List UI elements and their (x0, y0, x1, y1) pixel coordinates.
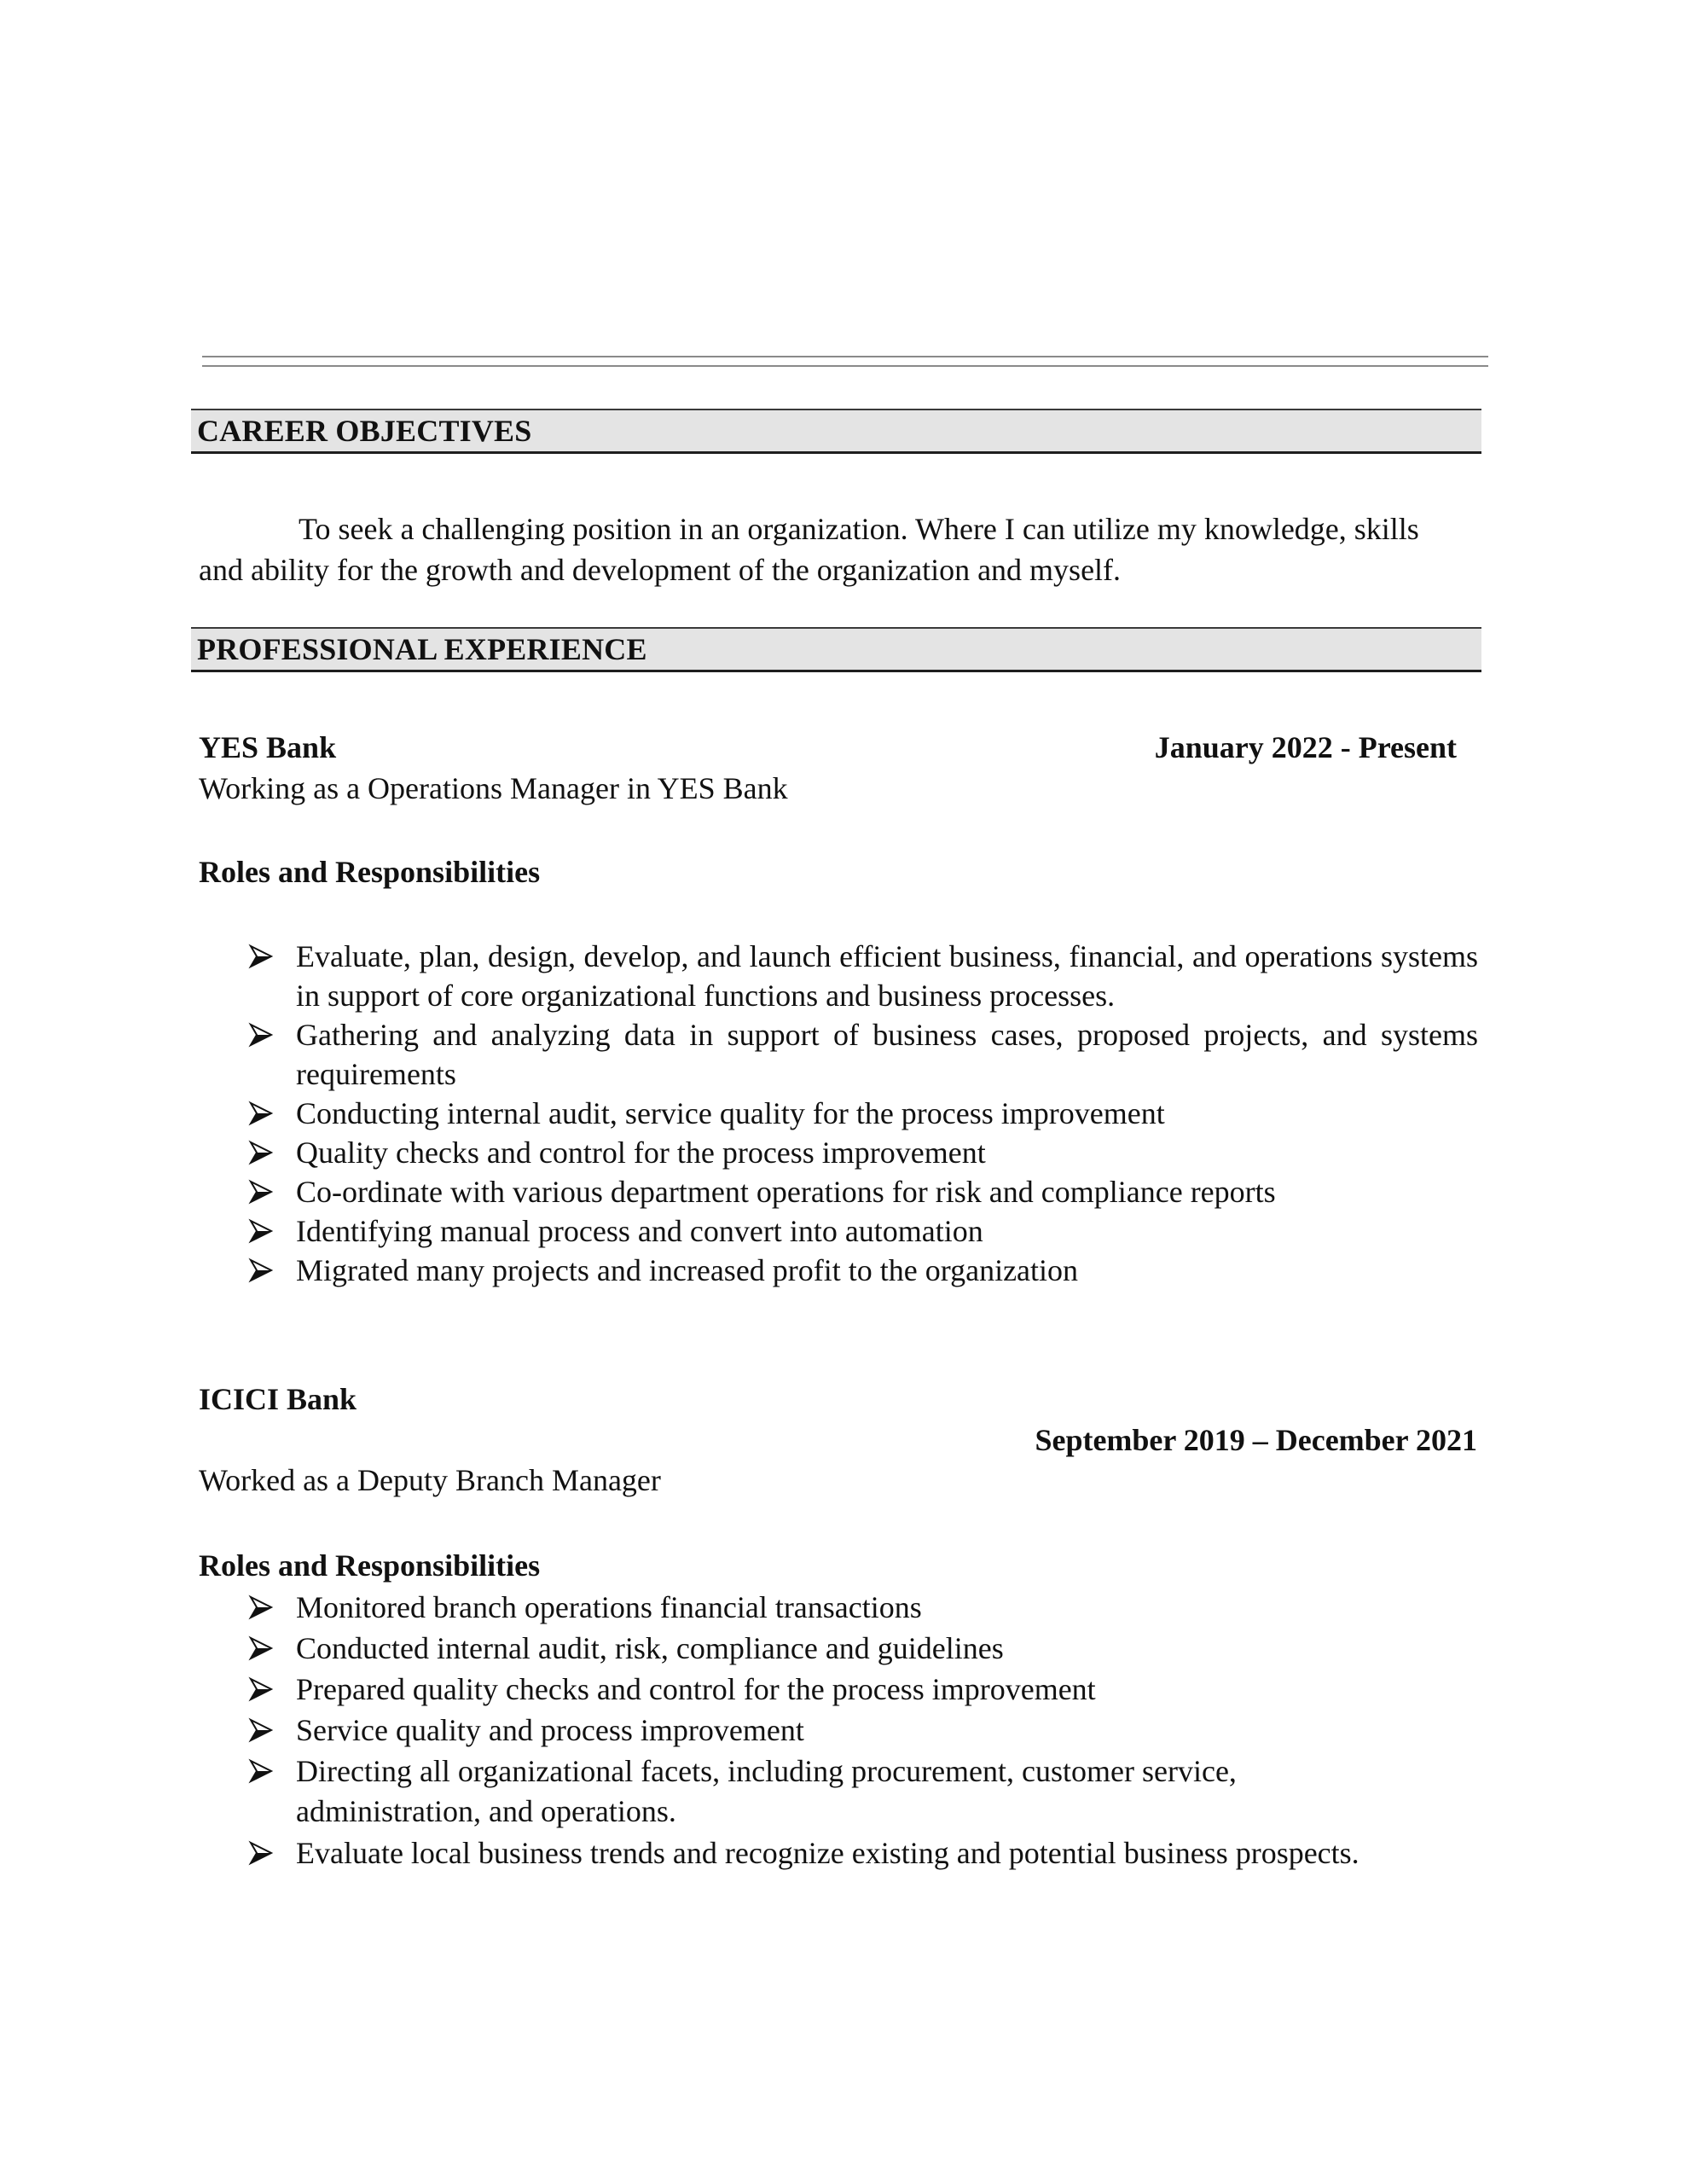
company-name: ICICI Bank (199, 1381, 357, 1417)
section-header-professional-experience: PROFESSIONAL EXPERIENCE (191, 627, 1481, 672)
job-role-line: Worked as a Deputy Branch Manager (199, 1462, 661, 1498)
list-item-text: Conducted internal audit, risk, complian… (296, 1629, 1478, 1669)
arrowhead-bullet-icon (248, 1758, 274, 1784)
job-role-line: Working as a Operations Manager in YES B… (199, 770, 788, 806)
arrowhead-bullet-icon (248, 1635, 274, 1661)
arrowhead-bullet-icon (248, 1179, 274, 1205)
arrowhead-bullet-icon (248, 1717, 274, 1743)
arrowhead-bullet-icon (248, 1218, 274, 1244)
career-objective-paragraph: To seek a challenging position in an org… (199, 508, 1427, 590)
list-item-text: Evaluate local business trends and recog… (296, 1833, 1478, 1873)
arrowhead-bullet-icon (248, 1101, 274, 1126)
list-item-text: Gathering and analyzing data in support … (296, 1015, 1478, 1094)
list-item-text: Evaluate, plan, design, develop, and lau… (296, 937, 1478, 1015)
arrowhead-bullet-icon (248, 1258, 274, 1283)
arrowhead-bullet-icon (248, 1840, 274, 1866)
career-objective-text: To seek a challenging position in an org… (199, 508, 1427, 590)
job-dates: January 2022 - Present (1155, 729, 1457, 765)
arrowhead-bullet-icon (248, 1140, 274, 1165)
list-item-text: Conducting internal audit, service quali… (296, 1094, 1478, 1133)
header-rule-top (202, 356, 1488, 357)
list-item-text: Co-ordinate with various department oper… (296, 1172, 1478, 1211)
roles-heading: Roles and Responsibilities (199, 854, 540, 890)
header-rule-bottom (202, 365, 1488, 367)
roles-heading: Roles and Responsibilities (199, 1548, 540, 1583)
list-item-text: Identifying manual process and convert i… (296, 1211, 1478, 1251)
list-item-text: Quality checks and control for the proce… (296, 1133, 1478, 1172)
section-title: CAREER OBJECTIVES (197, 413, 532, 449)
list-item-text: Prepared quality checks and control for … (296, 1670, 1478, 1710)
list-item-text: Migrated many projects and increased pro… (296, 1251, 1478, 1290)
list-item-text: Service quality and process improvement (296, 1711, 1478, 1751)
resume-page: CAREER OBJECTIVES To seek a challenging … (0, 0, 1687, 2184)
arrowhead-bullet-icon (248, 1676, 274, 1702)
list-item-text: Monitored branch operations financial tr… (296, 1588, 1478, 1628)
arrowhead-bullet-icon (248, 1594, 274, 1620)
company-name: YES Bank (199, 729, 336, 765)
job-dates: September 2019 – December 2021 (1035, 1422, 1477, 1458)
section-header-career-objectives: CAREER OBJECTIVES (191, 409, 1481, 454)
arrowhead-bullet-icon (248, 944, 274, 969)
arrowhead-bullet-icon (248, 1022, 274, 1048)
section-title: PROFESSIONAL EXPERIENCE (197, 631, 647, 667)
list-item-text: Directing all organizational facets, inc… (296, 1751, 1362, 1832)
